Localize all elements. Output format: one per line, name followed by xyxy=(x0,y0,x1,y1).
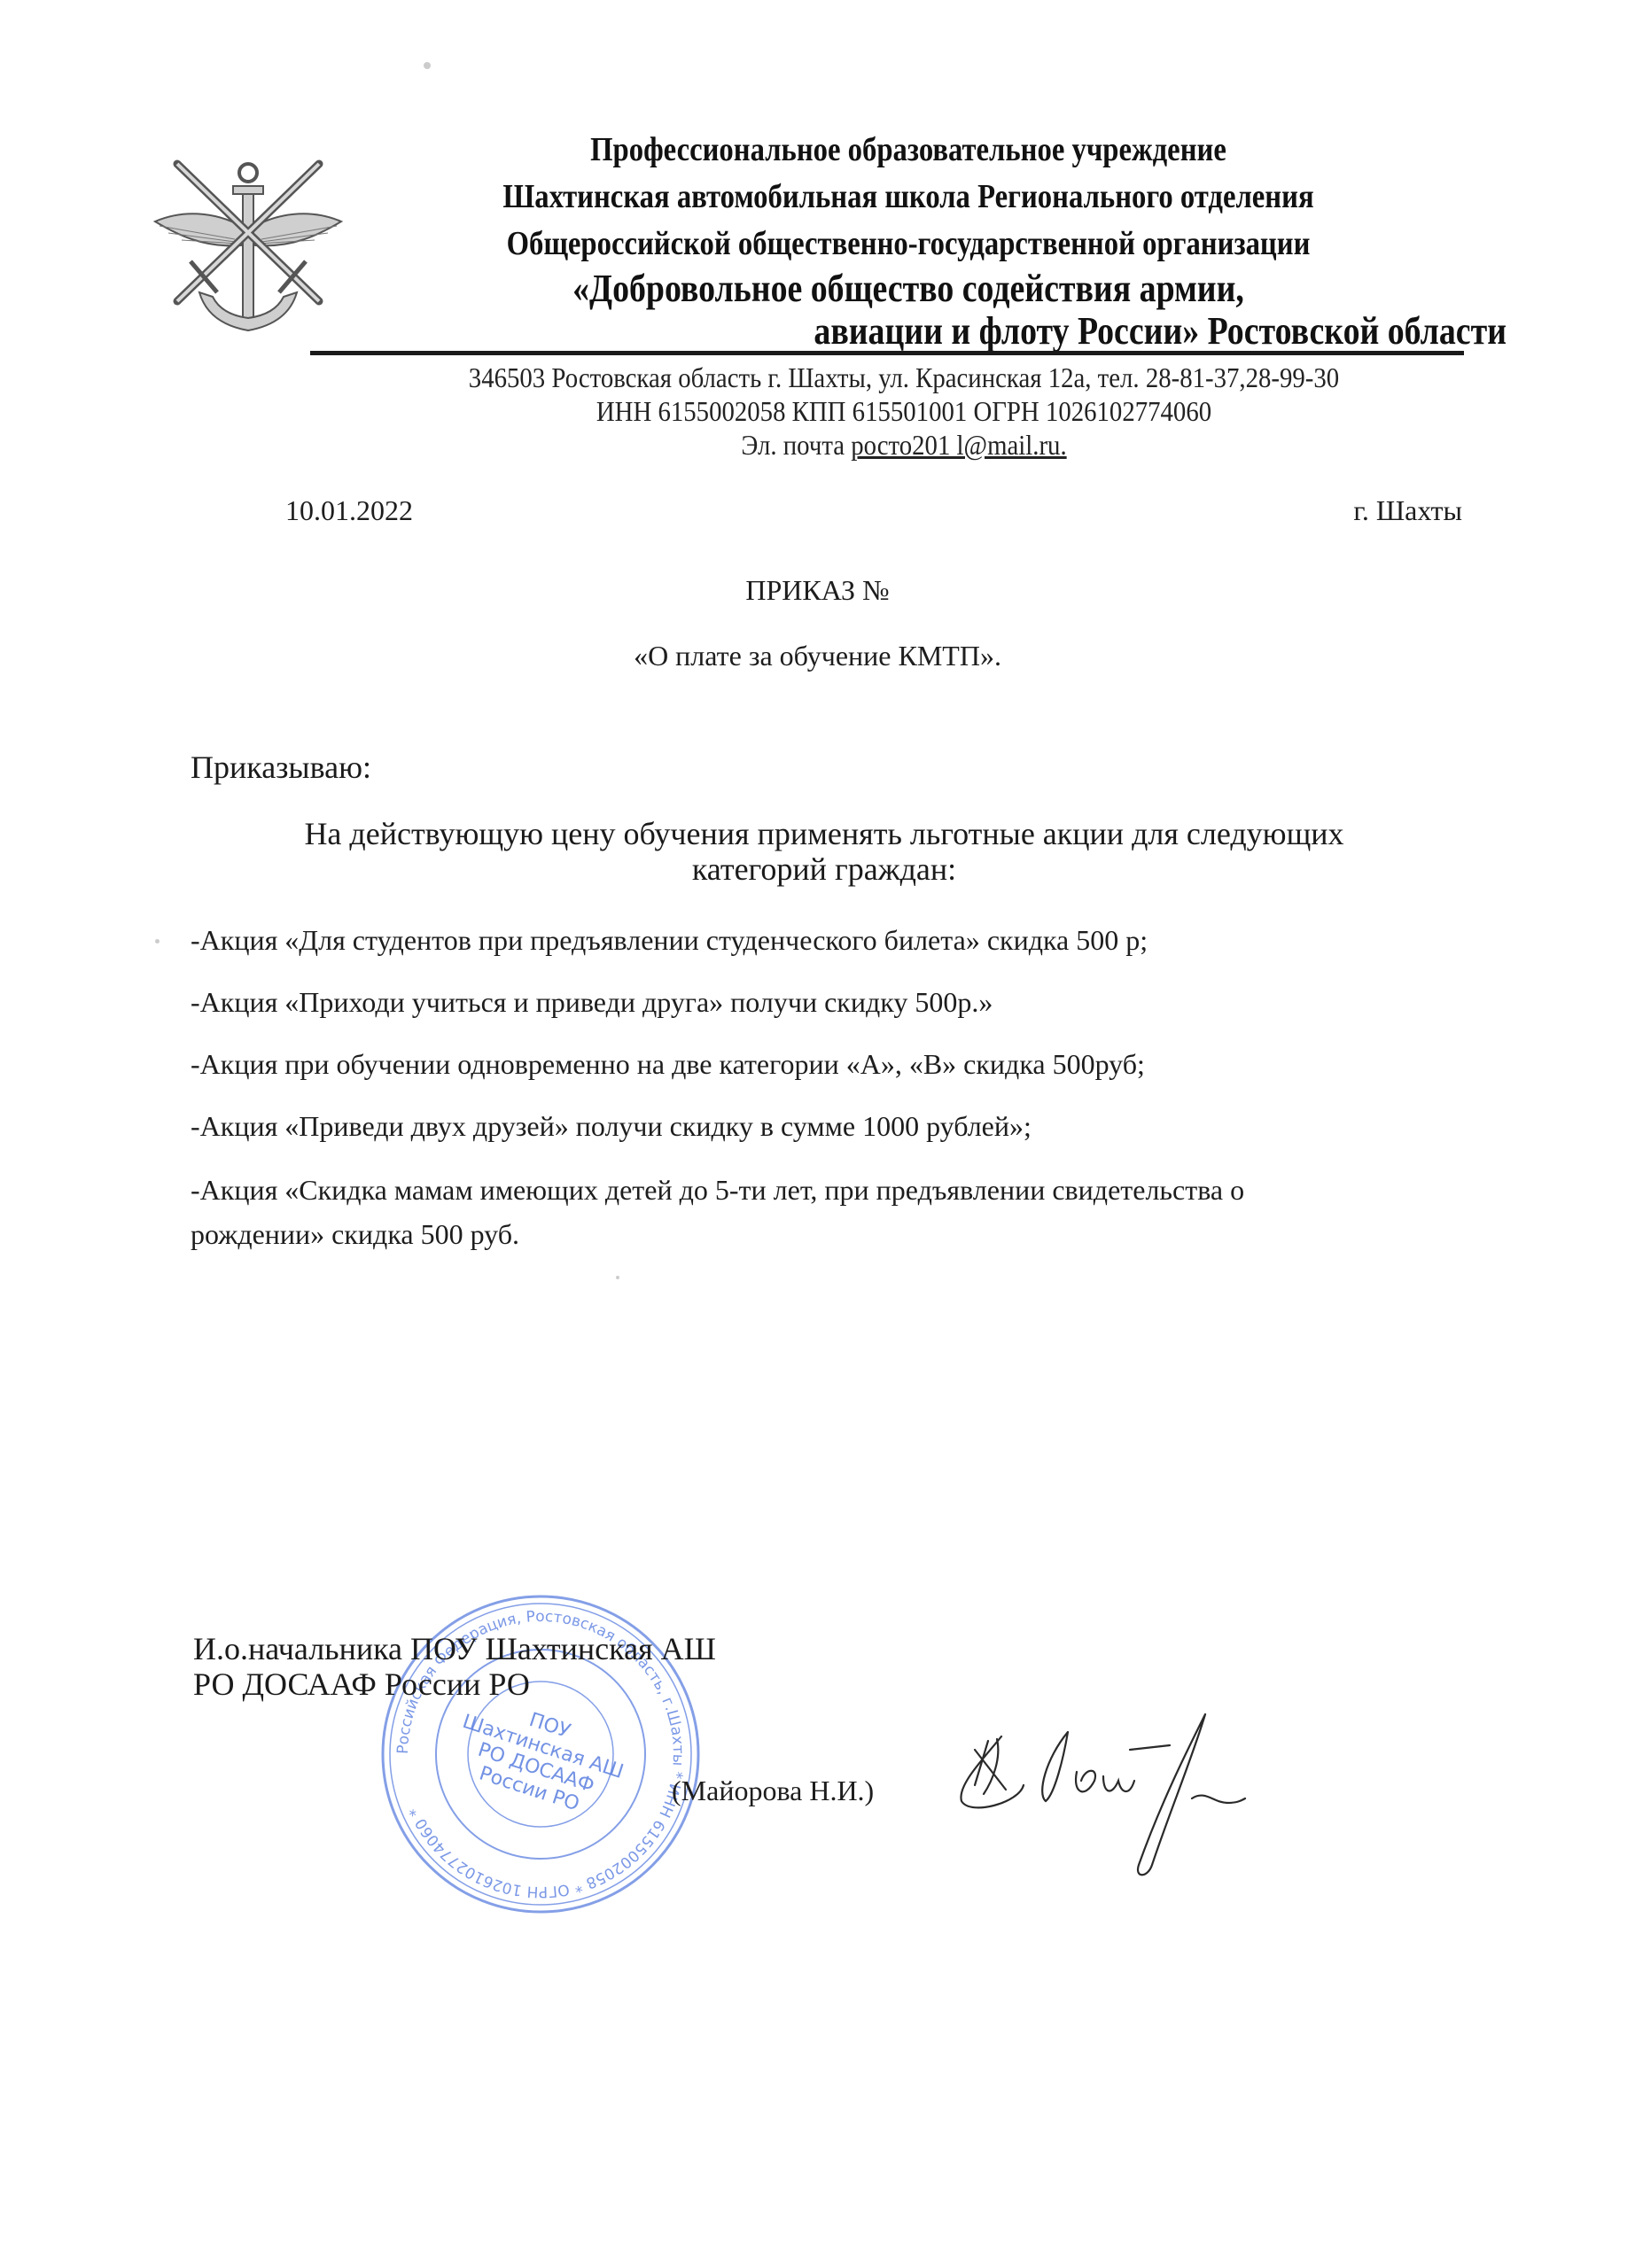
order-city: г. Шахты xyxy=(1353,494,1462,527)
order-date: 10.01.2022 xyxy=(285,494,413,527)
signatory-name: (Майорова Н.И.) xyxy=(672,1775,874,1807)
org-header-line-5: авиации и флоту России» Ростовской облас… xyxy=(668,312,1507,351)
header-divider xyxy=(310,351,1464,355)
scan-speck xyxy=(155,939,160,944)
email-label: Эл. почта xyxy=(741,429,851,461)
order-subject: «О плате за обучение КМТП». xyxy=(0,640,1635,672)
org-address: 346503 Ростовская область г. Шахты, ул. … xyxy=(385,361,1422,394)
anchor-wings-swords-emblem-icon xyxy=(142,146,354,337)
org-header-line-3: Общероссийской общественно-государственн… xyxy=(432,227,1385,260)
order-title: ПРИКАЗ № xyxy=(0,574,1635,607)
scan-speck xyxy=(424,62,431,69)
handwritten-signature-icon xyxy=(922,1697,1258,1891)
discount-item-line-1: -Акция «Скидка мамам имеющих детей до 5-… xyxy=(191,1174,1244,1207)
order-intro-line-2: категорий граждан: xyxy=(160,850,1489,888)
org-header-line-1: Профессиональное образовательное учрежде… xyxy=(432,133,1385,167)
discount-item: -Акция при обучении одновременно на две … xyxy=(191,1048,1145,1081)
scan-speck xyxy=(616,1276,619,1279)
signatory-position-line-1: И.о.начальника ПОУ Шахтинская АШ xyxy=(193,1630,716,1667)
signatory-position-line-2: РО ДОСААФ России РО xyxy=(193,1666,530,1703)
org-header-line-4: «Добровольное общество содействия армии, xyxy=(432,269,1385,308)
discount-item: -Акция «Приходи учиться и приведи друга»… xyxy=(191,986,993,1019)
org-header-line-2: Шахтинская автомобильная школа Региональ… xyxy=(432,180,1385,214)
discount-item: -Акция «Для студентов при предъявлении с… xyxy=(191,924,1148,957)
discount-item: -Акция «Приведи двух друзей» получи скид… xyxy=(191,1110,1032,1143)
order-intro-line-1: На действующую цену обучения применять л… xyxy=(160,815,1489,852)
email-link[interactable]: росто201 l@mail.ru. xyxy=(851,429,1066,461)
discount-item-line-2: рождении» скидка 500 руб. xyxy=(191,1218,519,1251)
org-email-line: Эл. почта росто201 l@mail.ru. xyxy=(385,429,1422,462)
org-requisites: ИНН 6155002058 КПП 615501001 ОГРН 102610… xyxy=(385,395,1422,428)
order-directive: Приказываю: xyxy=(191,749,371,786)
